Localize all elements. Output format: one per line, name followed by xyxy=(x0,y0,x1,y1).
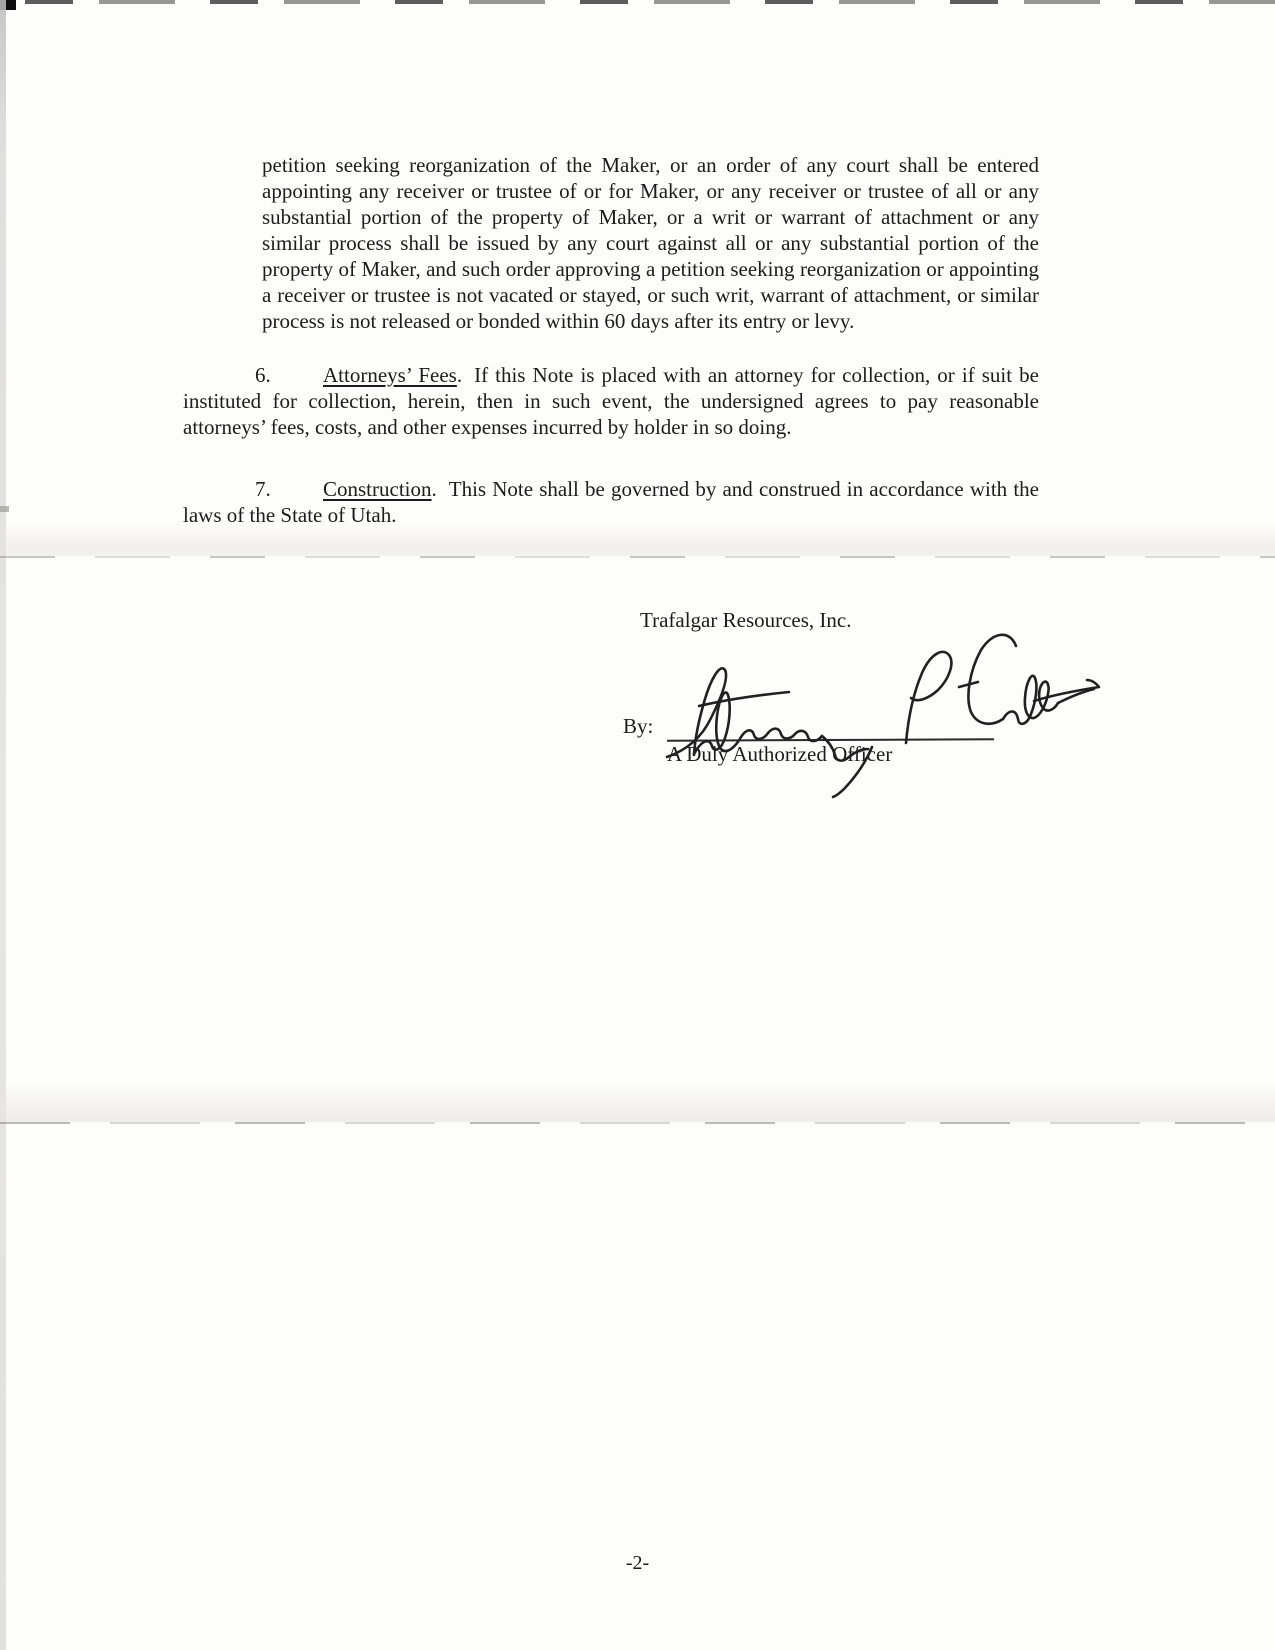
scanned-document-page: petition seeking reorganization of the M… xyxy=(0,0,1275,1650)
paper-fold-line-lower xyxy=(0,1122,1275,1124)
scan-left-artifact xyxy=(0,506,9,512)
page-number: -2- xyxy=(0,1552,1275,1575)
section-6-paragraph: 6.Attorneys’ Fees.If this Note is placed… xyxy=(183,362,1039,440)
section-7-heading: Construction xyxy=(323,477,432,501)
signature-handwriting xyxy=(630,608,1120,808)
document-body: petition seeking reorganization of the M… xyxy=(183,152,1039,564)
section-6-number: 6. xyxy=(255,362,323,388)
scan-left-edge-shadow xyxy=(0,0,6,1650)
section-7-number: 7. xyxy=(255,476,323,502)
section-7-heading-period: . xyxy=(432,477,437,501)
paper-fold-shadow-lower xyxy=(0,1082,1275,1122)
section-6-heading: Attorneys’ Fees xyxy=(323,363,457,387)
section-7-paragraph: 7.Construction.This Note shall be govern… xyxy=(183,476,1039,528)
scan-top-edge-artifact xyxy=(25,0,1275,4)
section-6-heading-period: . xyxy=(457,363,462,387)
continuation-paragraph: petition seeking reorganization of the M… xyxy=(262,152,1039,334)
